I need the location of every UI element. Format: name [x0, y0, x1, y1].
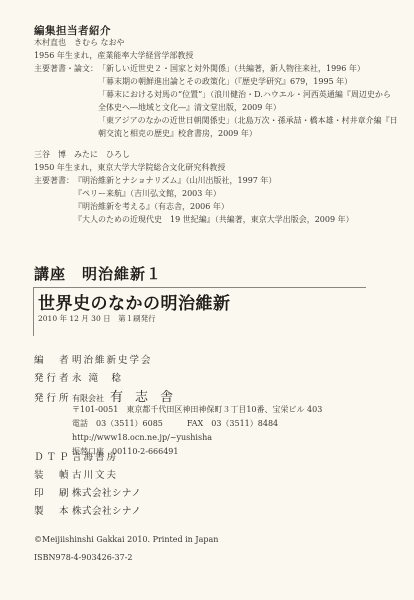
series-title: 講座 明治維新１ — [34, 263, 162, 284]
work-item: 「東アジアのなかの近世日朝関係史」（北島万次・孫承喆・橋本雄・村井章介編『日 — [98, 114, 398, 127]
work-item: 全体史へ―地域と文化―』清文堂出版，2009 年） — [98, 101, 398, 114]
credit-binding-design: 装 幀 古川文夫 — [34, 467, 118, 481]
editor-2-name: 三谷 博 みたに ひろし — [34, 148, 354, 161]
publisher-address: 〒101-0051 東京都千代田区神田神保町３丁目10番、宝栄ビル 403 — [72, 403, 322, 417]
copyright: ©Meijiishinshi Gakkai 2010. Printed in J… — [34, 535, 218, 544]
publisher-phone: 電話 03（3511）6085 — [72, 419, 163, 428]
credit-label: 装 幀 — [34, 467, 72, 481]
work-item: 「幕末における対馬の“位置”」（浪川健治・D.ハウエル・河西英通編『周辺史から — [98, 88, 398, 101]
credit-label: 発行所 — [34, 390, 72, 404]
credit-dtp: ＤＴＰ 言海書房 — [34, 449, 118, 463]
credit-value: 株式会社シナノ — [72, 485, 141, 499]
credit-value: 言海書房 — [72, 449, 118, 463]
works-label: 主要著書・論文： — [34, 62, 98, 140]
publisher-fax: FAX 03（3511）8484 — [187, 419, 278, 428]
editor-2-works: 主要著書： 『明治維新とナショナリズム』（山川出版社，1997 年） 『ペリー来… — [34, 174, 354, 226]
credit-value: 古川文夫 — [72, 467, 118, 481]
credit-bookbinding: 製 本 株式会社シナノ — [34, 503, 141, 517]
work-item: 「幕末期の朝鮮進出論とその政策化」（『歴史学研究』679，1995 年） — [98, 75, 398, 88]
work-item: 『ペリー来航』（吉川弘文館，2003 年） — [74, 187, 354, 200]
editor-2-bio: 1950 年生まれ，東京大学大学院総合文化研究科教授 — [34, 161, 354, 174]
editor-1-block: 木村直也 きむら なおや 1956 年生まれ，産業能率大学経営学部教授 主要著書… — [34, 36, 398, 140]
isbn: ISBN978-4-903426-37-2 — [34, 553, 133, 562]
credit-value: 永 滝 稔 — [72, 370, 123, 384]
editor-1-works: 主要著書・論文： 「新しい近世史２・国家と対外関係」（共編著，新人物往来社，19… — [34, 62, 398, 140]
credit-label: ＤＴＰ — [34, 449, 72, 463]
work-item: 朝交流と相克の歴史』校倉書房，2009 年） — [98, 127, 398, 140]
credit-value: 明治維新史学会 — [72, 352, 153, 366]
publisher-phone-fax: 電話 03（3511）6085FAX 03（3511）8484 — [72, 417, 322, 431]
credit-printing: 印 刷 株式会社シナノ — [34, 485, 141, 499]
credit-label: 製 本 — [34, 503, 72, 517]
credit-value: 株式会社シナノ — [72, 503, 141, 517]
work-item: 『明治維新とナショナリズム』（山川出版社，1997 年） — [74, 174, 354, 187]
credit-editor: 編 者 明治維新史学会 — [34, 352, 153, 366]
book-title: 世界史のなかの明治維新 — [38, 289, 231, 314]
editor-2-block: 三谷 博 みたに ひろし 1950 年生まれ，東京大学大学院総合文化研究科教授 … — [34, 148, 354, 226]
credit-label: 編 者 — [34, 352, 72, 366]
works-label: 主要著書： — [34, 174, 74, 226]
work-item: 『明治維新を考える』（有志舎，2006 年） — [74, 200, 354, 213]
work-item: 「新しい近世史２・国家と対外関係」（共編著，新人物往来社，1996 年） — [98, 62, 398, 75]
credit-label: 印 刷 — [34, 485, 72, 499]
credit-label: 発行者 — [34, 370, 72, 384]
publisher-url: http://www18.ocn.ne.jp/~yushisha — [72, 431, 322, 445]
credit-publisher-person: 発行者 永 滝 稔 — [34, 370, 123, 384]
editor-1-name: 木村直也 きむら なおや — [34, 36, 398, 49]
editor-1-bio: 1956 年生まれ，産業能率大学経営学部教授 — [34, 49, 398, 62]
issue-date: 2010 年 12 月 30 日 第１刷発行 — [38, 313, 156, 324]
work-item: 『大人のための近現代史 19 世紀編』（共編著，東京大学出版会，2009 年） — [74, 213, 354, 226]
